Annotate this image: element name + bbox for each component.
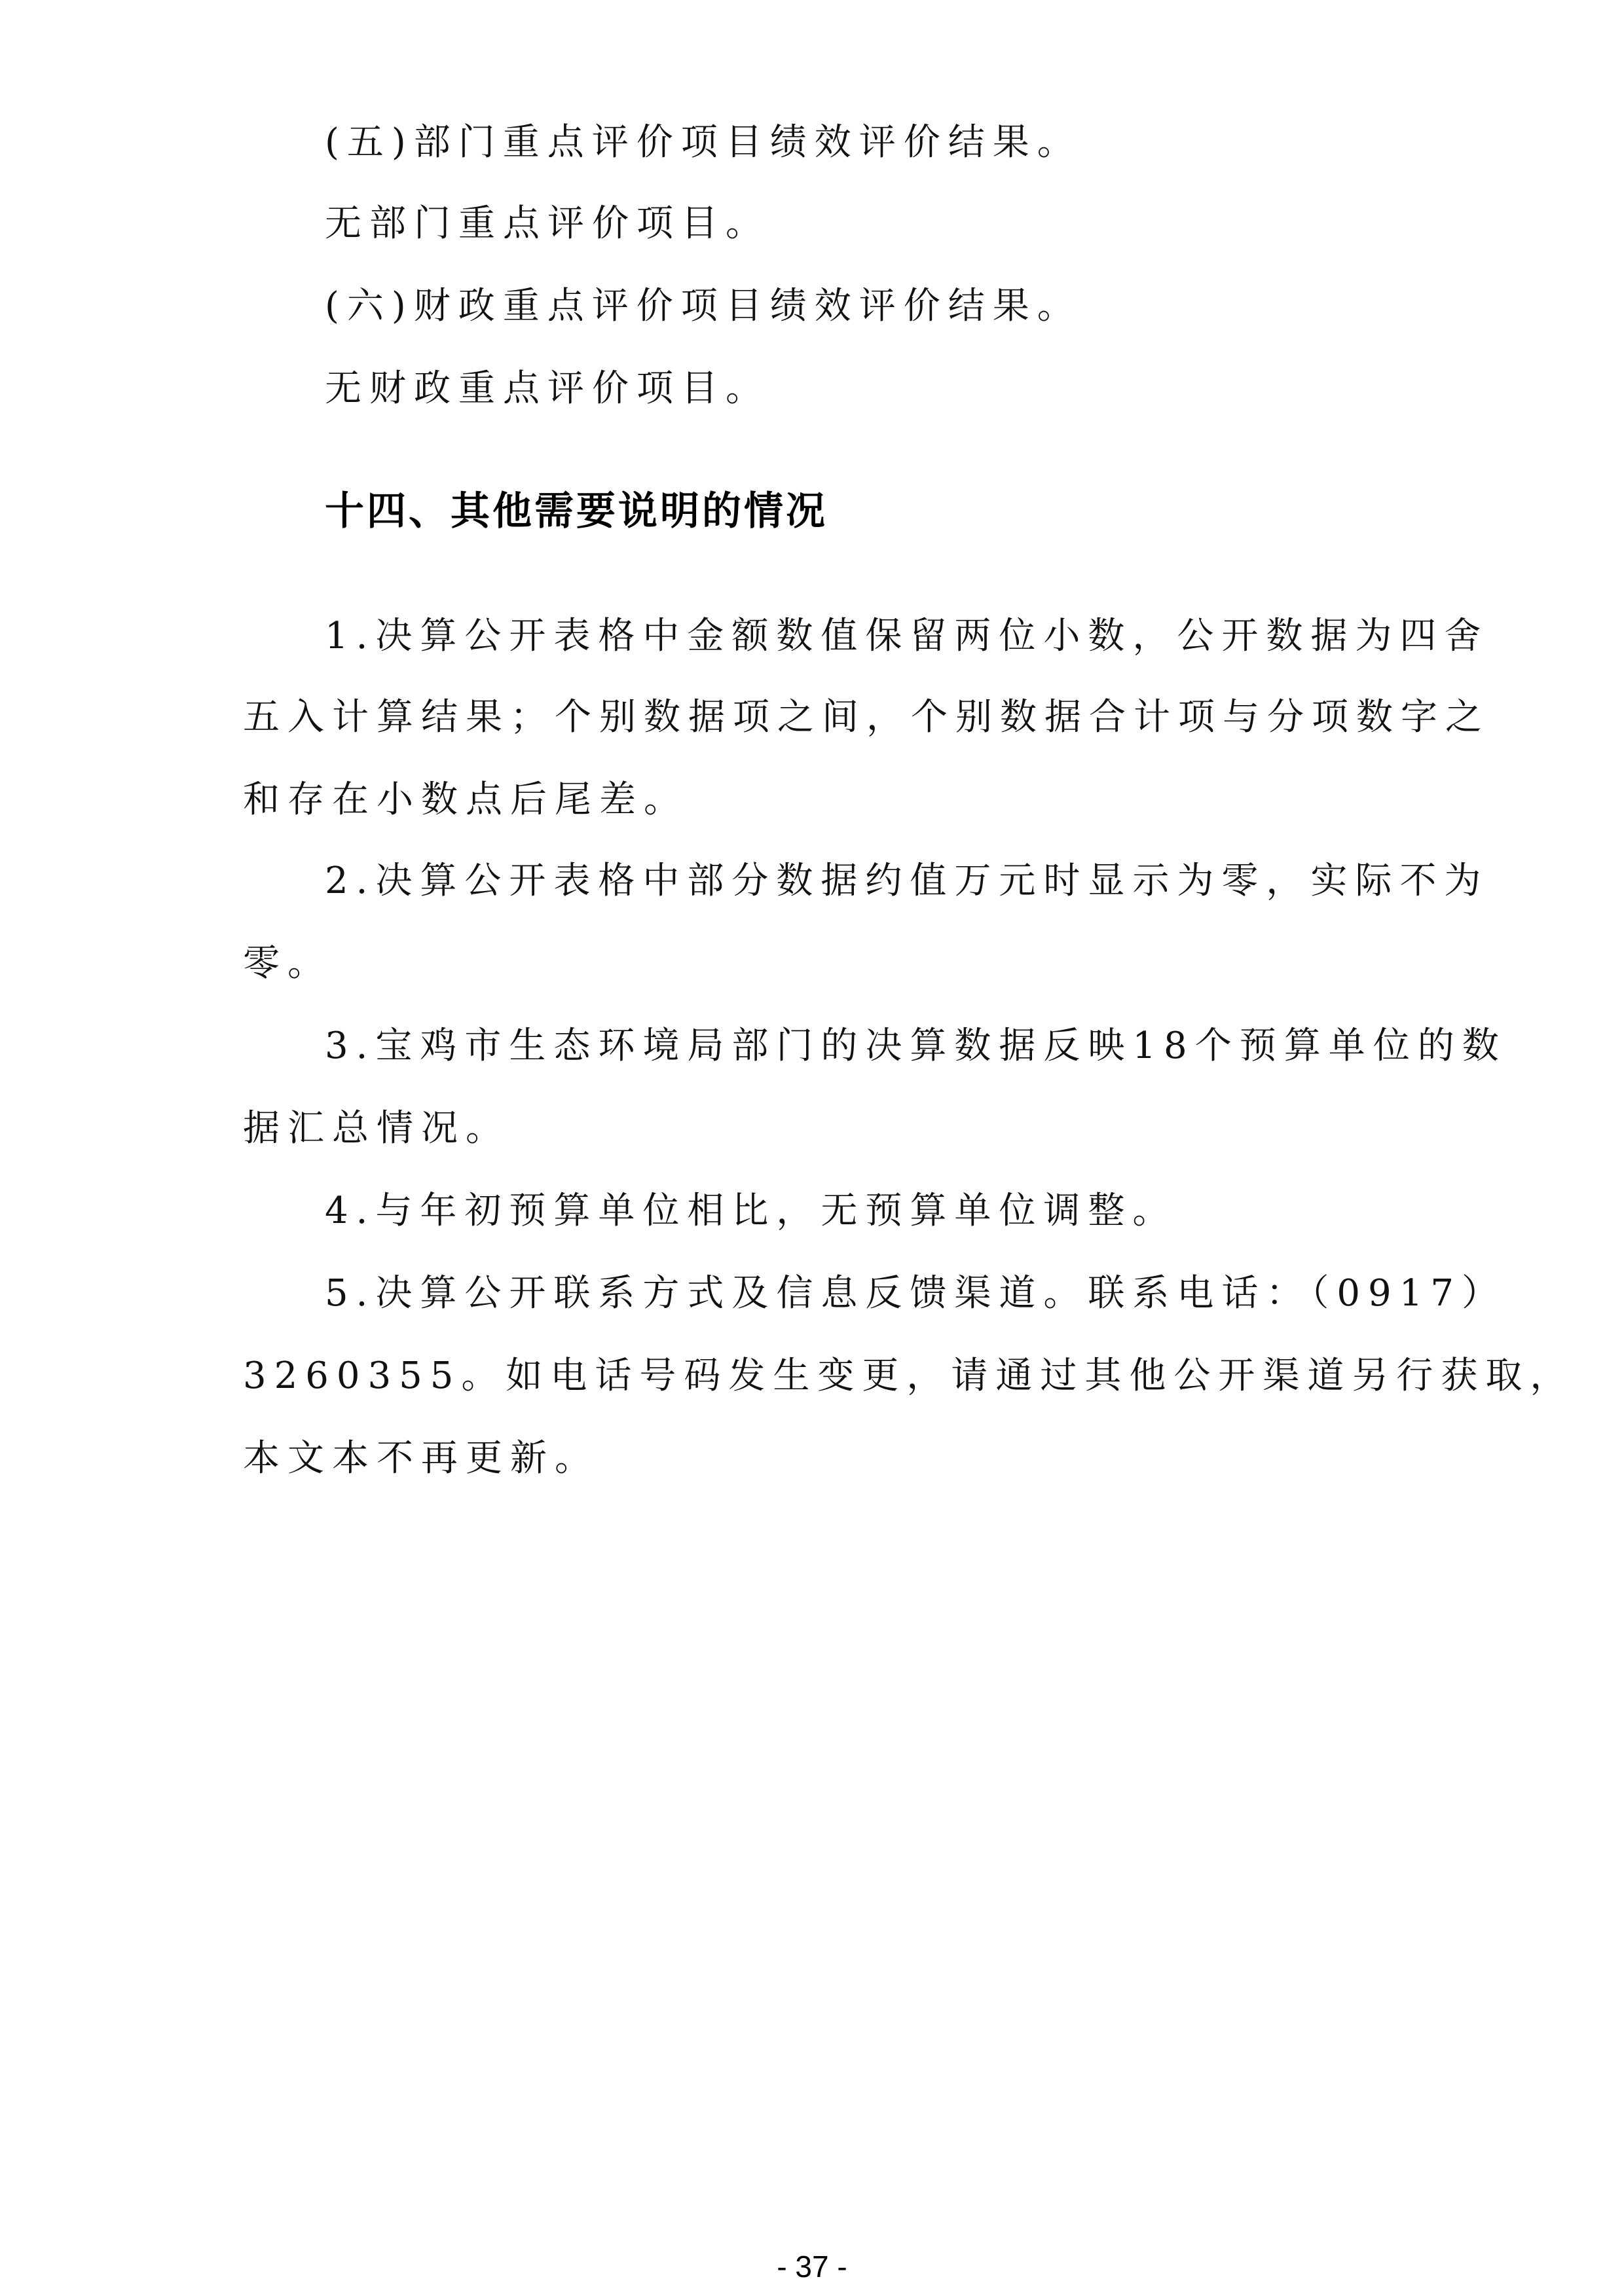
- paragraph-2-line-2: 零。: [243, 938, 1415, 990]
- paragraph-1-line-3: 和存在小数点后尾差。: [243, 774, 1415, 826]
- paragraph-3-line-1: 3.宝鸡市生态环境局部门的决算数据反映18个预算单位的数: [325, 1020, 1497, 1072]
- section-heading: 十四、其他需要说明的情况: [325, 485, 828, 538]
- paragraph-5-line-3: 本文本不再更新。: [243, 1432, 1415, 1485]
- paragraph-5-line-1: 5.决算公开联系方式及信息反馈渠道。联系电话：（0917）: [325, 1267, 1497, 1320]
- subsection-heading-6: (六)财政重点评价项目绩效评价结果。: [325, 280, 1497, 333]
- paragraph-1-line-1: 1.决算公开表格中金额数值保留两位小数，公开数据为四舍: [325, 610, 1497, 663]
- paragraph-3-line-2: 据汇总情况。: [243, 1102, 1415, 1155]
- page-number: - 37 -: [0, 2247, 1624, 2286]
- subsection-heading-5: (五)部门重点评价项目绩效评价结果。: [325, 117, 1497, 169]
- paragraph-2-line-1: 2.决算公开表格中部分数据约值万元时显示为零，实际不为: [325, 855, 1497, 907]
- paragraph-1-line-2: 五入计算结果；个别数据项之间，个别数据合计项与分项数字之: [243, 691, 1415, 744]
- document-page: (五)部门重点评价项目绩效评价结果。 无部门重点评价项目。 (六)财政重点评价项…: [0, 0, 1624, 2296]
- paragraph-4-line-1: 4.与年初预算单位相比，无预算单位调整。: [325, 1185, 1497, 1237]
- subsection-text-6: 无财政重点评价项目。: [325, 363, 1497, 415]
- paragraph-5-line-2: 3260355。如电话号码发生变更，请通过其他公开渠道另行获取，: [243, 1350, 1415, 1402]
- subsection-text-5: 无部门重点评价项目。: [325, 198, 1497, 250]
